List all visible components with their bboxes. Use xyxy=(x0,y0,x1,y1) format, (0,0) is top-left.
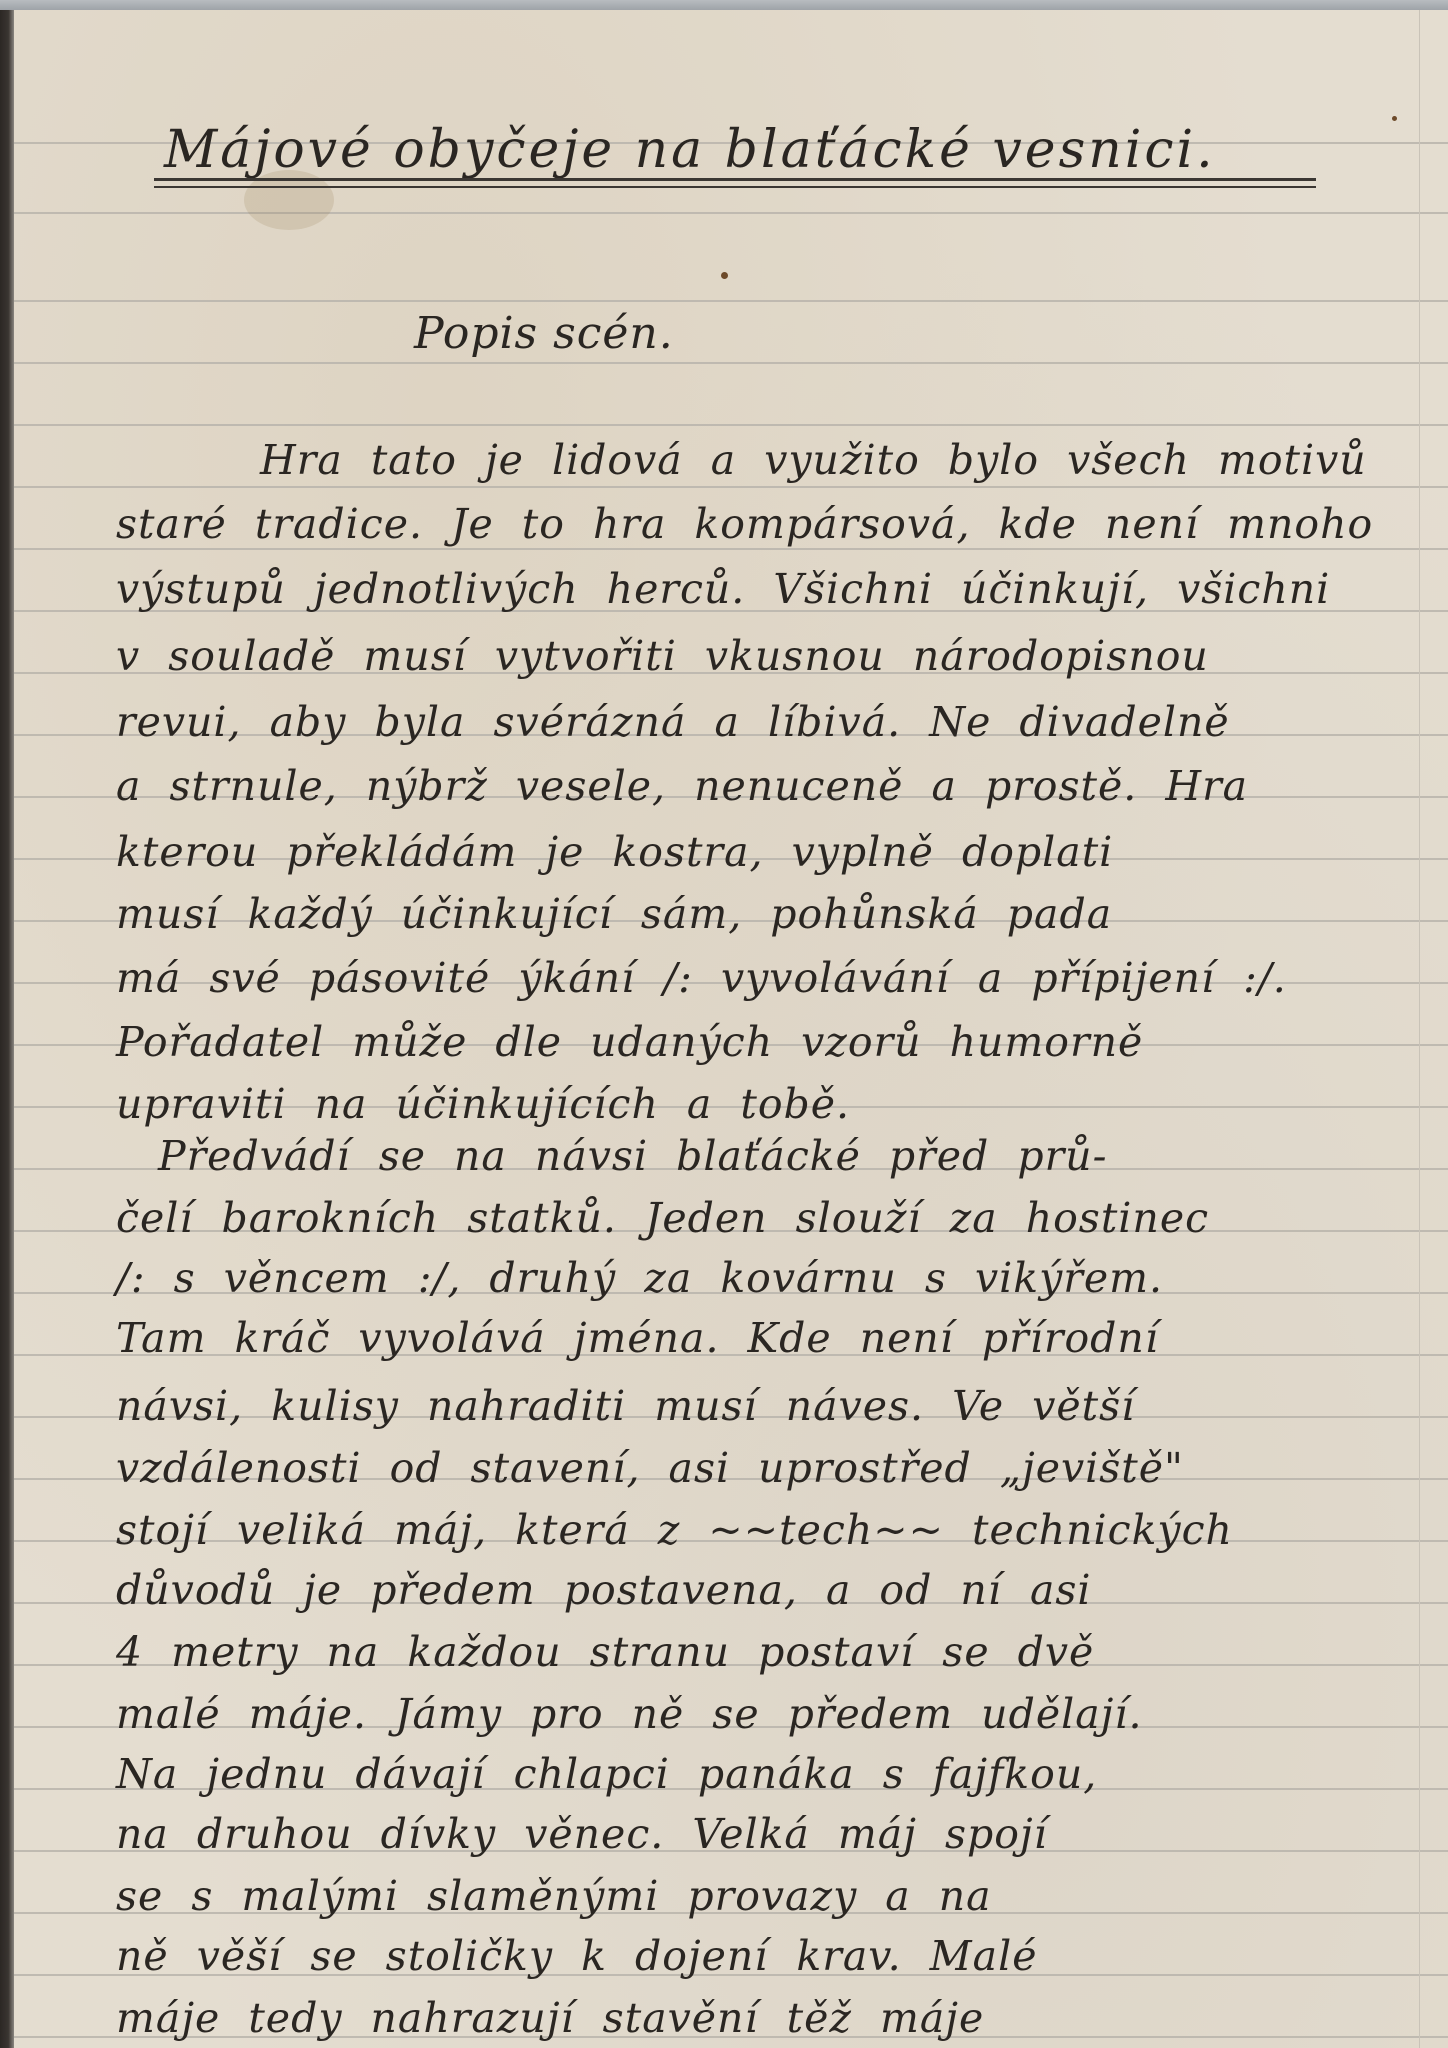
text-line: se s malými slaměnými provazy a na xyxy=(116,1872,992,1920)
text-line: 4 metry na každou stranu postaví se dvě xyxy=(116,1628,1094,1676)
text-line: Pořadatel může dle udaných vzorů humorně xyxy=(116,1018,1143,1066)
scanned-page-image: Májové obyčeje na blaťácké vesnici. Popi… xyxy=(0,0,1448,2048)
lined-notebook-page: Májové obyčeje na blaťácké vesnici. Popi… xyxy=(14,10,1448,2048)
ruled-line xyxy=(14,212,1448,214)
document-title: Májové obyčeje na blaťácké vesnici. xyxy=(164,120,1216,180)
text-line: staré tradice. Je to hra kompársová, kde… xyxy=(116,500,1373,548)
text-line: ně věší se stoličky k dojení krav. Malé xyxy=(116,1932,1037,1980)
scanner-top-edge xyxy=(0,0,1448,10)
text-line: Předvádí se na návsi blaťácké před prů- xyxy=(158,1132,1107,1180)
text-line: /: s věncem :/, druhý za kovárnu s vikýř… xyxy=(116,1254,1163,1302)
ink-speck xyxy=(721,272,728,279)
text-line: revui, aby byla svérázná a líbivá. Ne di… xyxy=(116,698,1230,746)
text-line: na druhou dívky věnec. Velká máj spojí xyxy=(116,1810,1048,1858)
margin-line xyxy=(1419,10,1420,2048)
text-line: má své pásovité ýkání /: vyvolávání a př… xyxy=(116,954,1287,1002)
section-heading: Popis scén. xyxy=(414,308,674,359)
ink-speck xyxy=(1392,116,1397,121)
text-line: návsi, kulisy nahraditi musí náves. Ve v… xyxy=(116,1382,1135,1430)
text-line: Tam kráč vyvolává jména. Kde není přírod… xyxy=(116,1314,1159,1362)
text-line: malé máje. Jámy pro ně se předem udělají… xyxy=(116,1690,1143,1738)
text-line: upraviti na účinkujících a tobě. xyxy=(116,1080,850,1128)
title-underline xyxy=(154,178,1316,181)
text-line: Na jednu dávají chlapci panáka s fajfkou… xyxy=(116,1750,1097,1798)
text-line: důvodů je předem postavena, a od ní asi xyxy=(116,1566,1092,1614)
text-line: čelí barokních statků. Jeden slouží za h… xyxy=(116,1194,1209,1242)
ruled-line xyxy=(14,362,1448,364)
text-line: máje tedy nahrazují stavění těž máje xyxy=(116,1994,984,2042)
ruled-line xyxy=(14,486,1448,488)
text-line: výstupů jednotlivých herců. Všichni účin… xyxy=(116,565,1330,613)
ruled-line xyxy=(14,424,1448,426)
text-line: vzdálenosti od stavení, asi uprostřed „j… xyxy=(116,1444,1184,1492)
notebook-binding-edge xyxy=(0,10,14,2048)
text-line: v souladě musí vytvořiti vkusnou národop… xyxy=(116,632,1209,680)
title-underline xyxy=(154,186,1316,188)
text-line: a strnule, nýbrž vesele, nenuceně a pros… xyxy=(116,762,1248,810)
ruled-line xyxy=(14,300,1448,302)
text-line: musí každý účinkující sám, pohůnská pada xyxy=(116,890,1112,938)
ruled-line xyxy=(14,548,1448,550)
text-line: Hra tato je lidová a využito bylo všech … xyxy=(260,436,1367,484)
text-line: stojí veliká máj, která z ~~tech~~ techn… xyxy=(116,1506,1233,1554)
text-line: kterou překládám je kostra, vyplně dopla… xyxy=(116,828,1113,876)
